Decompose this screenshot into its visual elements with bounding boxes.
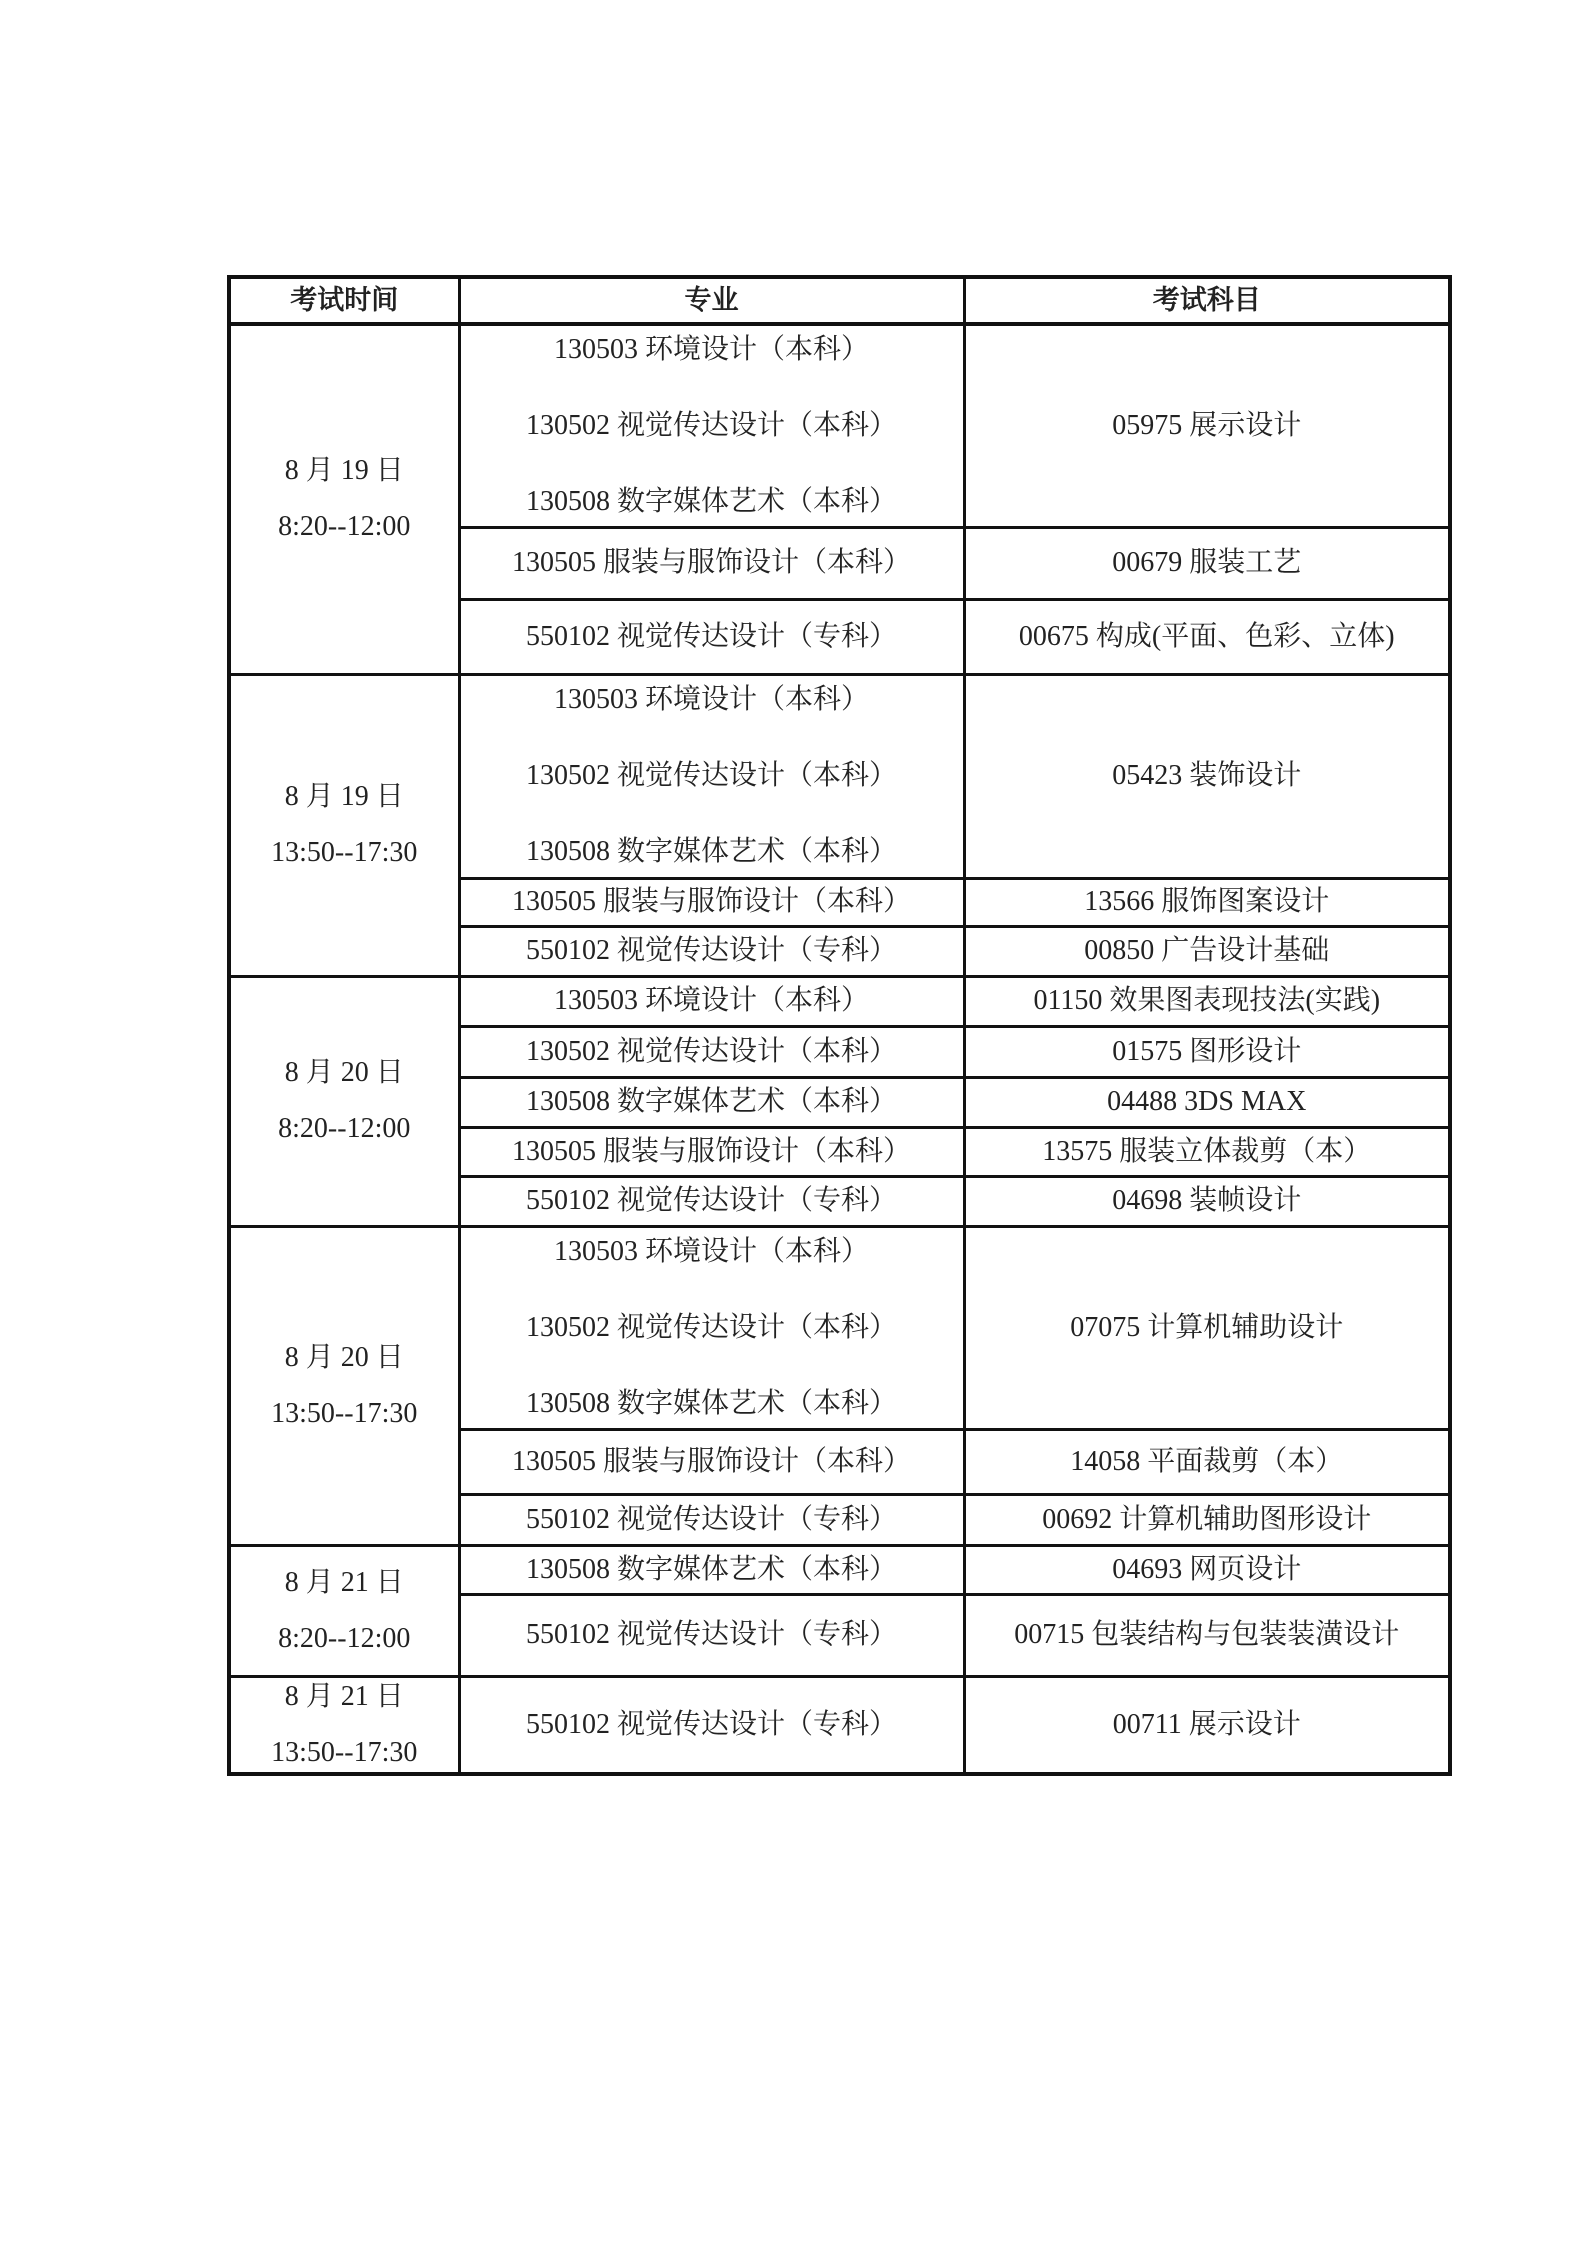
subject-cell: 01150 效果图表现技法(实践)	[964, 976, 1450, 1026]
subject-cell: 01575 图形设计	[964, 1026, 1450, 1077]
major-item: 130503 环境设计（本科）	[461, 987, 963, 1015]
exam-date: 8 月 20 日	[231, 1344, 458, 1372]
major-item: 130508 数字媒体艺术（本科）	[461, 1088, 963, 1116]
major-item: 550102 视觉传达设计（专科）	[461, 1621, 963, 1649]
major-cell: 130505 服装与服饰设计（本科）	[459, 1429, 964, 1494]
header-major: 专业	[459, 277, 964, 324]
subject-cell: 04693 网页设计	[964, 1545, 1450, 1594]
major-item: 550102 视觉传达设计（专科）	[461, 1506, 963, 1534]
major-item: 130502 视觉传达设计（本科）	[461, 762, 963, 790]
major-item: 130502 视觉传达设计（本科）	[461, 1314, 963, 1342]
major-cell: 130505 服装与服饰设计（本科）	[459, 1127, 964, 1176]
exam-time-range: 8:20--12:00	[231, 513, 458, 541]
exam-time-range: 8:20--12:00	[231, 1115, 458, 1143]
subject-cell: 04488 3DS MAX	[964, 1077, 1450, 1127]
subject-cell: 05423 装饰设计	[964, 674, 1450, 878]
major-cell: 130503 环境设计（本科）130502 视觉传达设计（本科）130508 数…	[459, 1226, 964, 1429]
exam-time-cell: 8 月 21 日13:50--17:30	[229, 1676, 459, 1774]
major-item: 130505 服装与服饰设计（本科）	[461, 549, 963, 577]
major-item: 130505 服装与服饰设计（本科）	[461, 888, 963, 916]
major-item: 130508 数字媒体艺术（本科）	[461, 838, 963, 866]
exam-date: 8 月 21 日	[231, 1569, 458, 1597]
schedule-body: 8 月 19 日8:20--12:00130503 环境设计（本科）130502…	[229, 324, 1450, 1774]
major-item: 130508 数字媒体艺术（本科）	[461, 1556, 963, 1584]
exam-time-range: 13:50--17:30	[231, 1739, 458, 1767]
major-cell: 550102 视觉传达设计（专科）	[459, 1676, 964, 1774]
exam-date: 8 月 20 日	[231, 1059, 458, 1087]
major-item: 130502 视觉传达设计（本科）	[461, 412, 963, 440]
major-item: 550102 视觉传达设计（专科）	[461, 1711, 963, 1739]
exam-time-range: 13:50--17:30	[231, 839, 458, 867]
major-cell: 550102 视觉传达设计（专科）	[459, 1494, 964, 1545]
major-item: 130508 数字媒体艺术（本科）	[461, 1390, 963, 1418]
major-cell: 130502 视觉传达设计（本科）	[459, 1026, 964, 1077]
subject-cell: 00711 展示设计	[964, 1676, 1450, 1774]
subject-cell: 13566 服饰图案设计	[964, 878, 1450, 926]
exam-time-range: 13:50--17:30	[231, 1400, 458, 1428]
major-cell: 130505 服装与服饰设计（本科）	[459, 878, 964, 926]
table-row: 8 月 19 日8:20--12:00130503 环境设计（本科）130502…	[229, 324, 1450, 527]
subject-cell: 14058 平面裁剪（本）	[964, 1429, 1450, 1494]
major-cell: 130505 服装与服饰设计（本科）	[459, 527, 964, 599]
exam-date: 8 月 19 日	[231, 783, 458, 811]
major-item: 550102 视觉传达设计（专科）	[461, 623, 963, 651]
major-cell: 130503 环境设计（本科）	[459, 976, 964, 1026]
major-cell: 130508 数字媒体艺术（本科）	[459, 1077, 964, 1127]
table-row: 8 月 21 日13:50--17:30550102 视觉传达设计（专科）007…	[229, 1676, 1450, 1774]
table-row: 8 月 21 日8:20--12:00130508 数字媒体艺术（本科）0469…	[229, 1545, 1450, 1594]
major-item: 130508 数字媒体艺术（本科）	[461, 488, 963, 516]
subject-cell: 00692 计算机辅助图形设计	[964, 1494, 1450, 1545]
subject-cell: 13575 服装立体裁剪（本）	[964, 1127, 1450, 1176]
major-cell: 550102 视觉传达设计（专科）	[459, 1176, 964, 1226]
major-item: 130503 环境设计（本科）	[461, 1238, 963, 1266]
exam-schedule-table: 考试时间 专业 考试科目 8 月 19 日8:20--12:00130503 环…	[227, 275, 1452, 1776]
exam-date: 8 月 19 日	[231, 457, 458, 485]
major-cell: 130503 环境设计（本科）130502 视觉传达设计（本科）130508 数…	[459, 674, 964, 878]
major-cell: 550102 视觉传达设计（专科）	[459, 599, 964, 674]
subject-cell: 04698 装帧设计	[964, 1176, 1450, 1226]
exam-time-range: 8:20--12:00	[231, 1625, 458, 1653]
subject-cell: 07075 计算机辅助设计	[964, 1226, 1450, 1429]
major-item: 130502 视觉传达设计（本科）	[461, 1038, 963, 1066]
document-page: 考试时间 专业 考试科目 8 月 19 日8:20--12:00130503 环…	[0, 0, 1587, 2245]
table-row: 8 月 19 日13:50--17:30130503 环境设计（本科）13050…	[229, 674, 1450, 878]
subject-cell: 00679 服装工艺	[964, 527, 1450, 599]
subject-cell: 00850 广告设计基础	[964, 926, 1450, 976]
exam-time-cell: 8 月 19 日13:50--17:30	[229, 674, 459, 976]
exam-time-cell: 8 月 20 日13:50--17:30	[229, 1226, 459, 1545]
subject-cell: 05975 展示设计	[964, 324, 1450, 527]
major-cell: 550102 视觉传达设计（专科）	[459, 926, 964, 976]
header-exam-subject: 考试科目	[964, 277, 1450, 324]
table-row: 8 月 20 日13:50--17:30130503 环境设计（本科）13050…	[229, 1226, 1450, 1429]
major-cell: 550102 视觉传达设计（专科）	[459, 1594, 964, 1676]
exam-date: 8 月 21 日	[231, 1683, 458, 1711]
major-item: 550102 视觉传达设计（专科）	[461, 1187, 963, 1215]
major-cell: 130503 环境设计（本科）130502 视觉传达设计（本科）130508 数…	[459, 324, 964, 527]
major-item: 550102 视觉传达设计（专科）	[461, 937, 963, 965]
subject-cell: 00675 构成(平面、色彩、立体)	[964, 599, 1450, 674]
major-item: 130503 环境设计（本科）	[461, 686, 963, 714]
major-item: 130505 服装与服饰设计（本科）	[461, 1138, 963, 1166]
exam-time-cell: 8 月 20 日8:20--12:00	[229, 976, 459, 1226]
header-row: 考试时间 专业 考试科目	[229, 277, 1450, 324]
major-item: 130503 环境设计（本科）	[461, 336, 963, 364]
exam-time-cell: 8 月 21 日8:20--12:00	[229, 1545, 459, 1676]
exam-time-cell: 8 月 19 日8:20--12:00	[229, 324, 459, 674]
subject-cell: 00715 包装结构与包装装潢设计	[964, 1594, 1450, 1676]
major-cell: 130508 数字媒体艺术（本科）	[459, 1545, 964, 1594]
header-exam-time: 考试时间	[229, 277, 459, 324]
table-row: 8 月 20 日8:20--12:00130503 环境设计（本科）01150 …	[229, 976, 1450, 1026]
major-item: 130505 服装与服饰设计（本科）	[461, 1448, 963, 1476]
